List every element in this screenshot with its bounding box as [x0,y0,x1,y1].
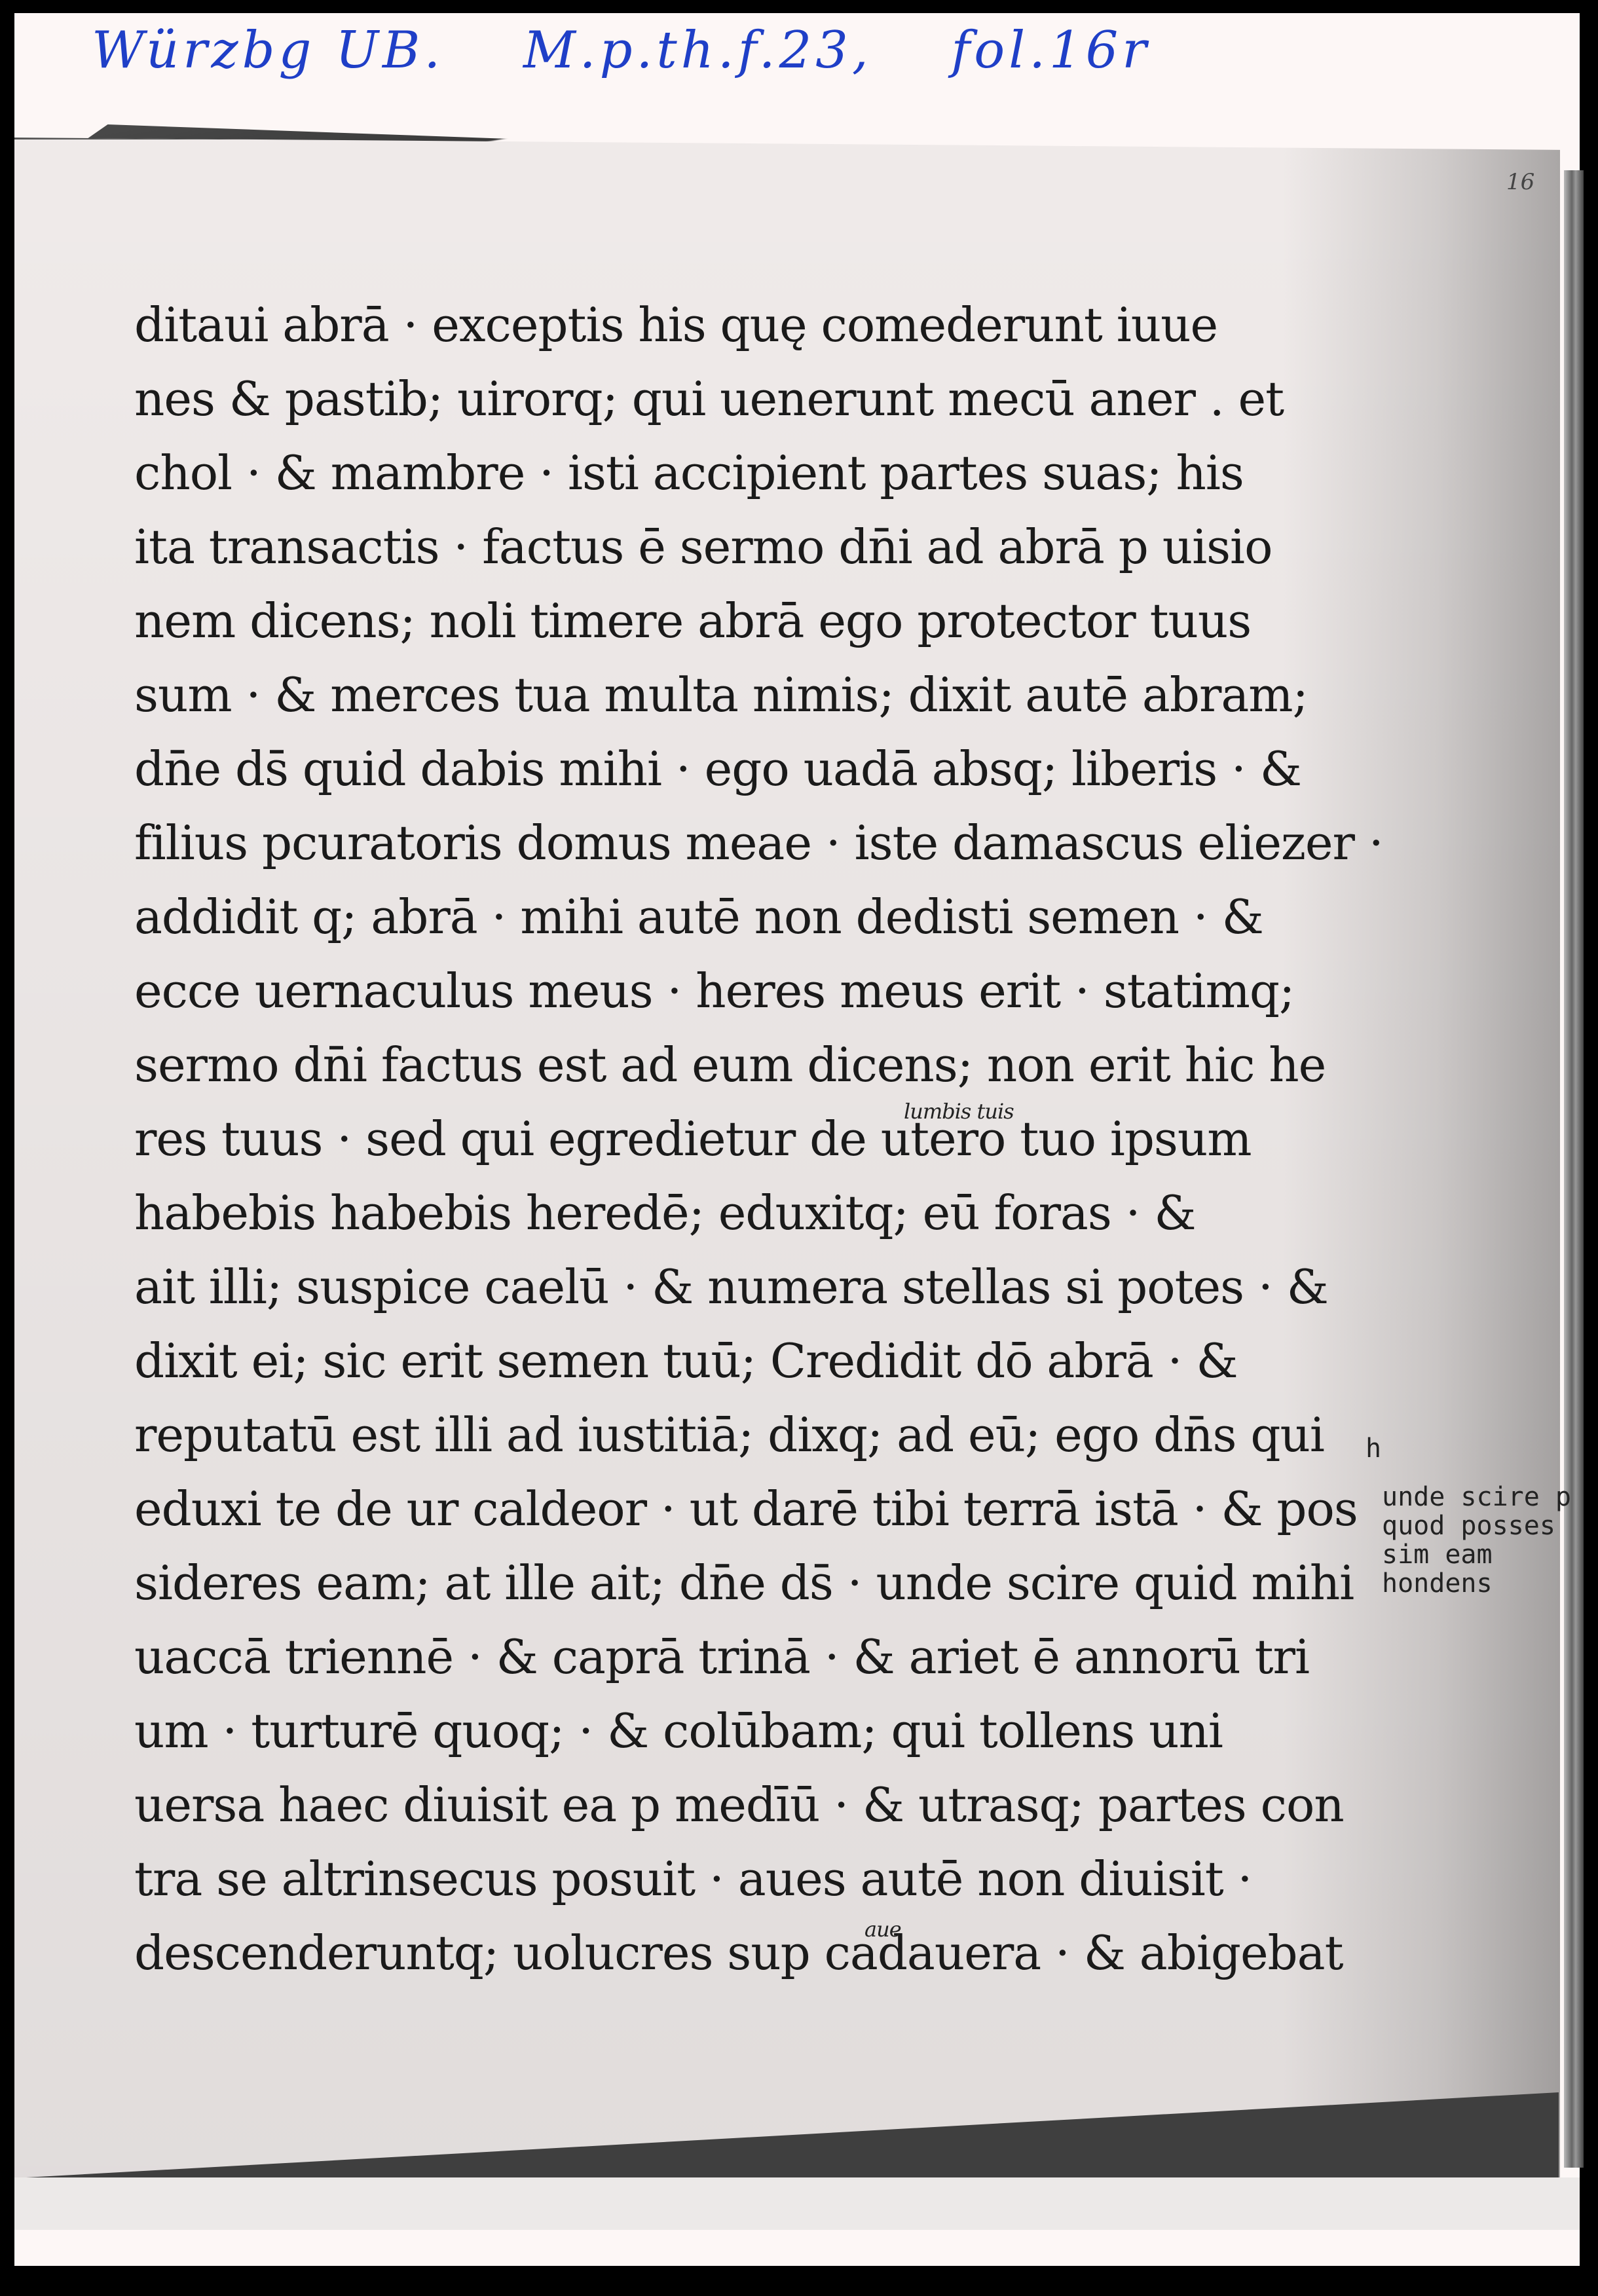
text-line: eduxi te de ur caldeor · ut darē tibi te… [134,1472,1379,1546]
text-line: dixit ei; sic erit semen tuū; Credidit d… [134,1324,1379,1398]
shelfmark: M.p.th.f.23, [523,21,872,80]
margin-line: unde scire p [1382,1483,1571,1511]
text-line: nem dicens; noli timere abrā ego protect… [134,584,1379,658]
text-line: uaccā triennē · & caprā trinā · & ariet … [134,1620,1379,1694]
text-line: tra se altrinsecus posuit · aues autē no… [134,1842,1379,1916]
text-line: ita transactis · factus ē sermo dn̄i ad … [134,510,1379,584]
margin-mark: h [1366,1434,1571,1463]
text-line: dn̄e ds̄ quid dabis mihi · ego uadā absq… [134,732,1379,806]
folio-reference: fol.16r [951,21,1150,80]
folio-number: 16 [1506,169,1534,195]
text-line: ecce uernaculus meus · heres meus erit ·… [134,954,1379,1028]
manuscript-text-block: ditaui abrā · exceptis his quę comederun… [134,288,1379,1990]
text-line: sermo dn̄i factus est ad eum dicens; non… [134,1028,1379,1102]
marginal-annotation: h unde scire p quod posses sim eam honde… [1366,1434,1571,1598]
archive-shelfmark-label: Würzbg UB. M.p.th.f.23, fol.16r [92,21,1210,80]
margin-line: sim eam [1382,1540,1571,1569]
margin-line: hondens [1382,1569,1571,1598]
text-line: sideres eam; at ille ait; dn̄e ds̄ · und… [134,1546,1379,1620]
text-line: filius pcuratoris domus meae · iste dama… [134,806,1379,880]
text-line-content: res tuus · sed qui egredietur de utero t… [134,1111,1252,1166]
text-line-with-gloss: res tuus · sed qui egredietur de utero t… [134,1102,1379,1176]
text-line-content: descenderuntq; uolucres sup cadauera · &… [134,1925,1343,1980]
text-line: ditaui abrā · exceptis his quę comederun… [134,288,1379,362]
leaf-edge [1564,170,1584,2168]
text-line: uersa haec diuisit ea p medīū · & utrasq… [134,1768,1379,1842]
text-line: ait illi; suspice caelū · & numera stell… [134,1250,1379,1324]
text-line: um · turturē quoq; · & colūbam; qui toll… [134,1694,1379,1768]
text-line: chol · & mambre · isti accipient partes … [134,436,1379,510]
text-line-with-gloss: descenderuntq; uolucres sup cadauera · &… [134,1916,1379,1990]
text-line: nes & pastib; uirorq; qui uenerunt mecū … [134,362,1379,436]
text-line: addidit q; abrā · mihi autē non dedisti … [134,880,1379,954]
interlinear-gloss: aue [864,1893,901,1967]
margin-line: quod posses [1382,1511,1571,1540]
text-line: reputatū est illi ad iustitiā; dixq; ad … [134,1398,1379,1472]
mount-bottom-strip [14,2177,1580,2230]
interlinear-gloss: lumbis tuis [904,1075,1014,1149]
text-line: sum · & merces tua multa nimis; dixit au… [134,658,1379,732]
text-line: habebis habebis heredē; eduxitq; eū fora… [134,1176,1379,1250]
library-name: Würzbg UB. [92,21,444,80]
